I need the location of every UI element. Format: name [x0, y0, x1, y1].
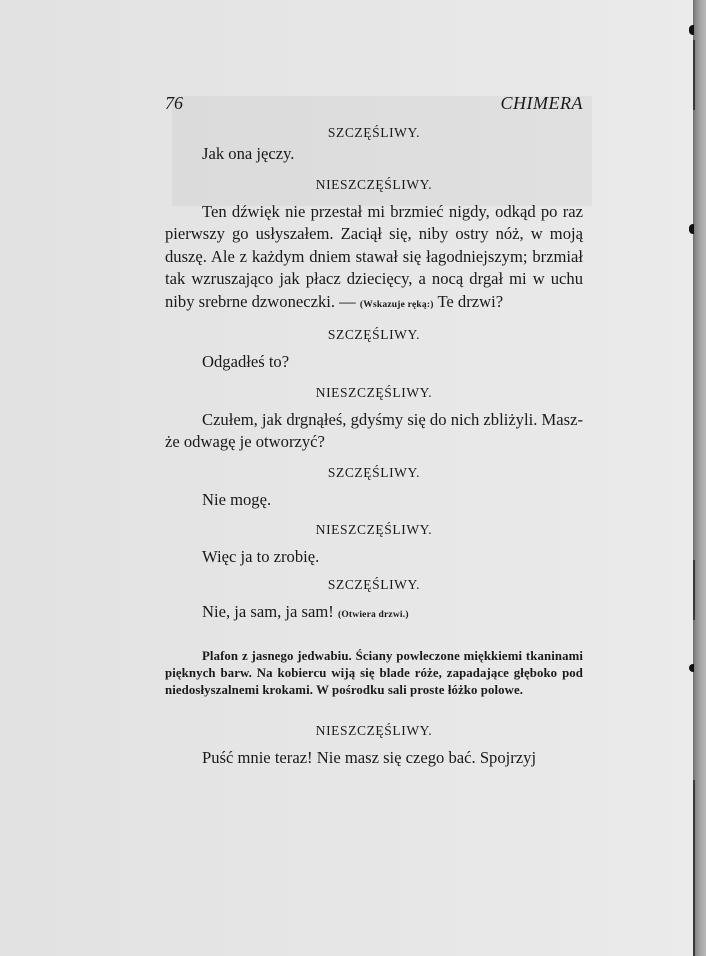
- inline-stage-direction: (Wskazuje ręką:): [360, 300, 434, 310]
- speaker-label: SZCZĘŚLIWY.: [165, 123, 583, 143]
- speaker-label: NIESZCZĘŚLIWY.: [165, 175, 583, 195]
- speech-paragraph: Czułem, jak drgnąłeś, gdyśmy się do nich…: [165, 409, 583, 454]
- speech-line: Odgadłeś to?: [165, 351, 583, 374]
- speech-line: Nie mogę.: [165, 489, 583, 512]
- speech-paragraph: Ten dźwięk nie przestał mi brzmieć nigdy…: [165, 201, 583, 317]
- edge-mark: [689, 25, 694, 35]
- edge-shadow-line: [693, 780, 695, 956]
- speech-line: Nie, ja sam, ja sam! (Otwiera drzwi.): [165, 601, 583, 627]
- book-page: 76 CHIMERA SZCZĘŚLIWY. Jak ona jęczy. NI…: [0, 0, 693, 956]
- page-content: 76 CHIMERA SZCZĘŚLIWY. Jak ona jęczy. NI…: [165, 93, 583, 770]
- speaker-label: SZCZĘŚLIWY.: [165, 463, 583, 483]
- edge-shadow-line: [693, 40, 695, 110]
- running-title: CHIMERA: [501, 93, 583, 114]
- speaker-label: NIESZCZĘŚLIWY.: [165, 383, 583, 403]
- speech-line: Puść mnie teraz! Nie masz się czego bać.…: [165, 747, 583, 770]
- speech-text: Nie, ja sam, ja sam!: [202, 602, 334, 621]
- speaker-label: SZCZĘŚLIWY.: [165, 325, 583, 345]
- speech-line: Jak ona jęczy.: [165, 143, 583, 166]
- edge-mark: [689, 224, 694, 234]
- running-head: 76 CHIMERA: [165, 93, 583, 117]
- stage-direction-paragraph: Plafon z jasnego jedwabiu. Ściany powlec…: [165, 648, 583, 699]
- inline-stage-direction: (Otwiera drzwi.): [338, 610, 409, 620]
- speech-text-continued: Te drzwi?: [437, 292, 503, 311]
- speaker-label: SZCZĘŚLIWY.: [165, 575, 583, 595]
- page-number: 76: [165, 93, 183, 114]
- edge-shadow-line: [693, 560, 695, 620]
- speaker-label: NIESZCZĘŚLIWY.: [165, 721, 583, 741]
- speaker-label: NIESZCZĘŚLIWY.: [165, 520, 583, 540]
- edge-mark: [689, 664, 694, 672]
- speech-text: Ten dźwięk nie przestał mi brzmieć nigdy…: [165, 202, 583, 311]
- speech-line: Więc ja to zrobię.: [165, 546, 583, 569]
